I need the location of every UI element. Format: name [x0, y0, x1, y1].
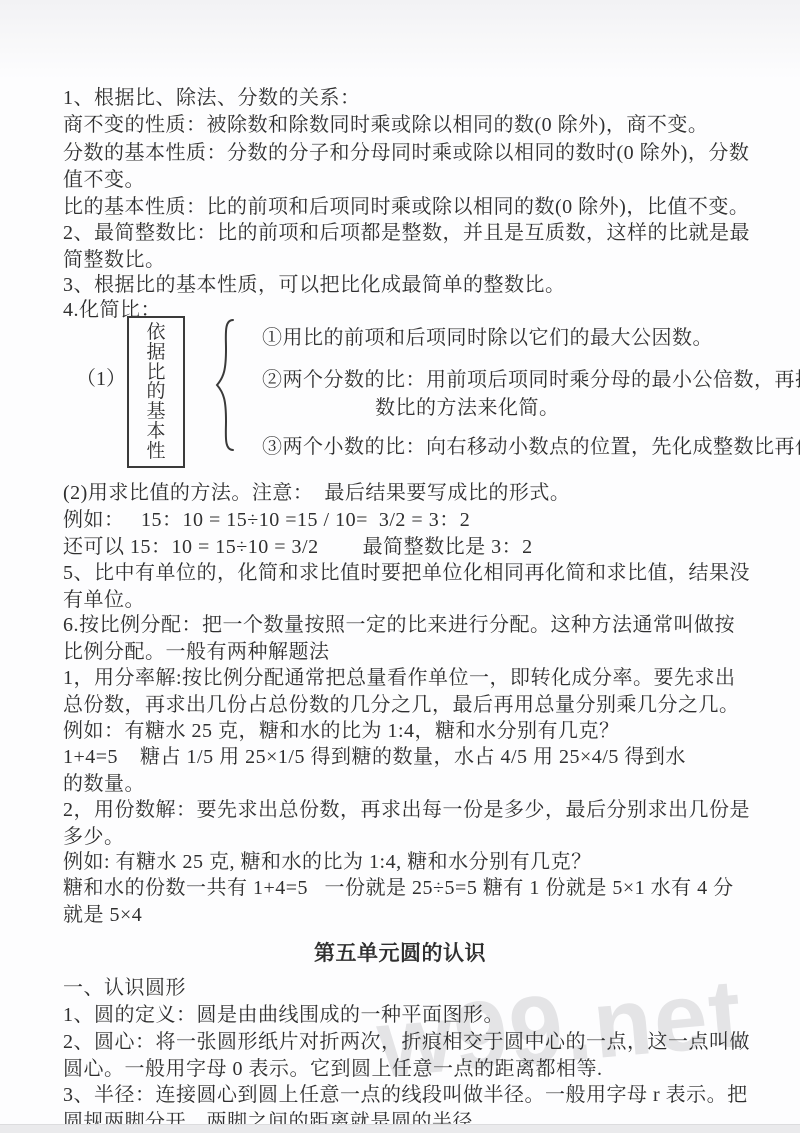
- text-line: 还可以 15：10 = 15÷10 = 3/2 最简整数比是 3：2: [63, 534, 533, 560]
- basis-char: 比: [146, 363, 165, 382]
- text-line: 例如：有糖水 25 克，糖和水的比为 1:4，糖和水分别有几克？: [63, 718, 620, 744]
- text-line: 分数的基本性质：分数的分子和分母同时乘或除以相同的数时(0 除外)，分数: [63, 140, 749, 166]
- text-line: 一、认识圆形: [63, 975, 186, 1001]
- text-line: 2、最简整数比：比的前项和后项都是整数，并且是互质数，这样的比就是最: [63, 220, 750, 246]
- basis-char: 依: [146, 323, 165, 342]
- page-top-shading: [0, 0, 800, 80]
- diagram-method-1: ①用比的前项和后项同时除以它们的最大公因数。: [262, 325, 713, 351]
- text-line: (2)用求比值的方法。注意： 最后结果要写成比的形式。: [63, 480, 570, 506]
- text-line: 多少。: [63, 824, 125, 850]
- text-line: 就是 5×4: [63, 902, 142, 928]
- scan-edge-strip: [0, 1124, 800, 1133]
- text-line: 3、半径：连接圆心到圆上任意一点的线段叫做半径。一般用字母 r 表示。把: [63, 1082, 748, 1108]
- text-line: 1、圆的定义：圆是由曲线围成的一种平面图形。: [63, 1002, 504, 1028]
- text-line: 例如： 15：10 = 15÷10 =15 / 10= 3/2 = 3：2: [63, 507, 470, 533]
- text-line: 值不变。: [63, 167, 145, 193]
- basis-char: 基: [146, 402, 165, 421]
- diagram-method-3: ③两个小数的比：向右移动小数点的位置，先化成整数比再化简。: [262, 434, 800, 460]
- document-page: w99.net 1、根据比、除法、分数的关系： 商不变的性质：被除数和除数同时乘…: [0, 0, 800, 1133]
- text-line: 比的基本性质：比的前项和后项同时乘或除以相同的数(0 除外)，比值不变。: [63, 194, 749, 220]
- text-line: 1、根据比、除法、分数的关系：: [63, 85, 361, 111]
- text-line: 1+4=5 糖占 1/5 用 25×1/5 得到糖的数量，水占 4/5 用 25…: [63, 744, 686, 770]
- basis-char: 本: [146, 422, 165, 441]
- section-title: 第五单元圆的认识: [0, 940, 800, 966]
- basis-char: 的: [146, 382, 165, 401]
- text-line: 糖和水的份数一共有 1+4=5 一份就是 25÷5=5 糖有 1 份就是 5×1…: [63, 875, 734, 901]
- text-line: 比例分配。一般有两种解题法: [63, 639, 330, 665]
- diagram-method-2-line2: 数比的方法来化简。: [375, 395, 560, 421]
- text-line: 圆心。一般用字母 0 表示。它到圆上任意一点的距离都相等.: [63, 1056, 603, 1082]
- text-line: 商不变的性质：被除数和除数同时乘或除以相同的数(0 除外)，商不变。: [63, 112, 708, 138]
- diagram-basis-box: 依 据 比 的 基 本 性: [127, 316, 185, 468]
- basis-char: 性: [146, 442, 165, 461]
- diagram-item-label: （1）: [76, 362, 126, 391]
- text-line: 例如: 有糖水 25 克, 糖和水的比为 1:4, 糖和水分别有几克？: [63, 849, 592, 875]
- text-line: 3、根据比的基本性质，可以把比化成最简单的整数比。: [63, 272, 566, 298]
- text-line: 2、圆心：将一张圆形纸片对折两次，折痕相交于圆中心的一点，这一点叫做: [63, 1029, 750, 1055]
- text-line: 总份数，再求出几份占总份数的几分之几，最后再用总量分别乘几分之几。: [63, 692, 740, 718]
- curly-brace-icon: [209, 317, 239, 458]
- text-line: 6.按比例分配：把一个数量按照一定的比来进行分配。这种方法通常叫做按: [63, 612, 735, 638]
- diagram-method-2-line1: ②两个分数的比：用前项后项同时乘分母的最小公倍数，再按化简: [262, 367, 800, 393]
- text-line: 5、比中有单位的，化简和求比值时要把单位化相同再化简和求比值，结果没: [63, 560, 750, 586]
- text-line: 有单位。: [63, 587, 145, 613]
- basis-char: 据: [146, 343, 165, 362]
- text-line: 2，用份数解：要先求出总份数，再求出每一份是多少，最后分别求出几份是: [63, 797, 750, 823]
- text-line: 1，用分率解:按比例分配通常把总量看作单位一，即转化成分率。要先求出: [63, 665, 736, 691]
- text-line: 简整数比。: [63, 247, 166, 273]
- text-line: 的数量。: [63, 771, 145, 797]
